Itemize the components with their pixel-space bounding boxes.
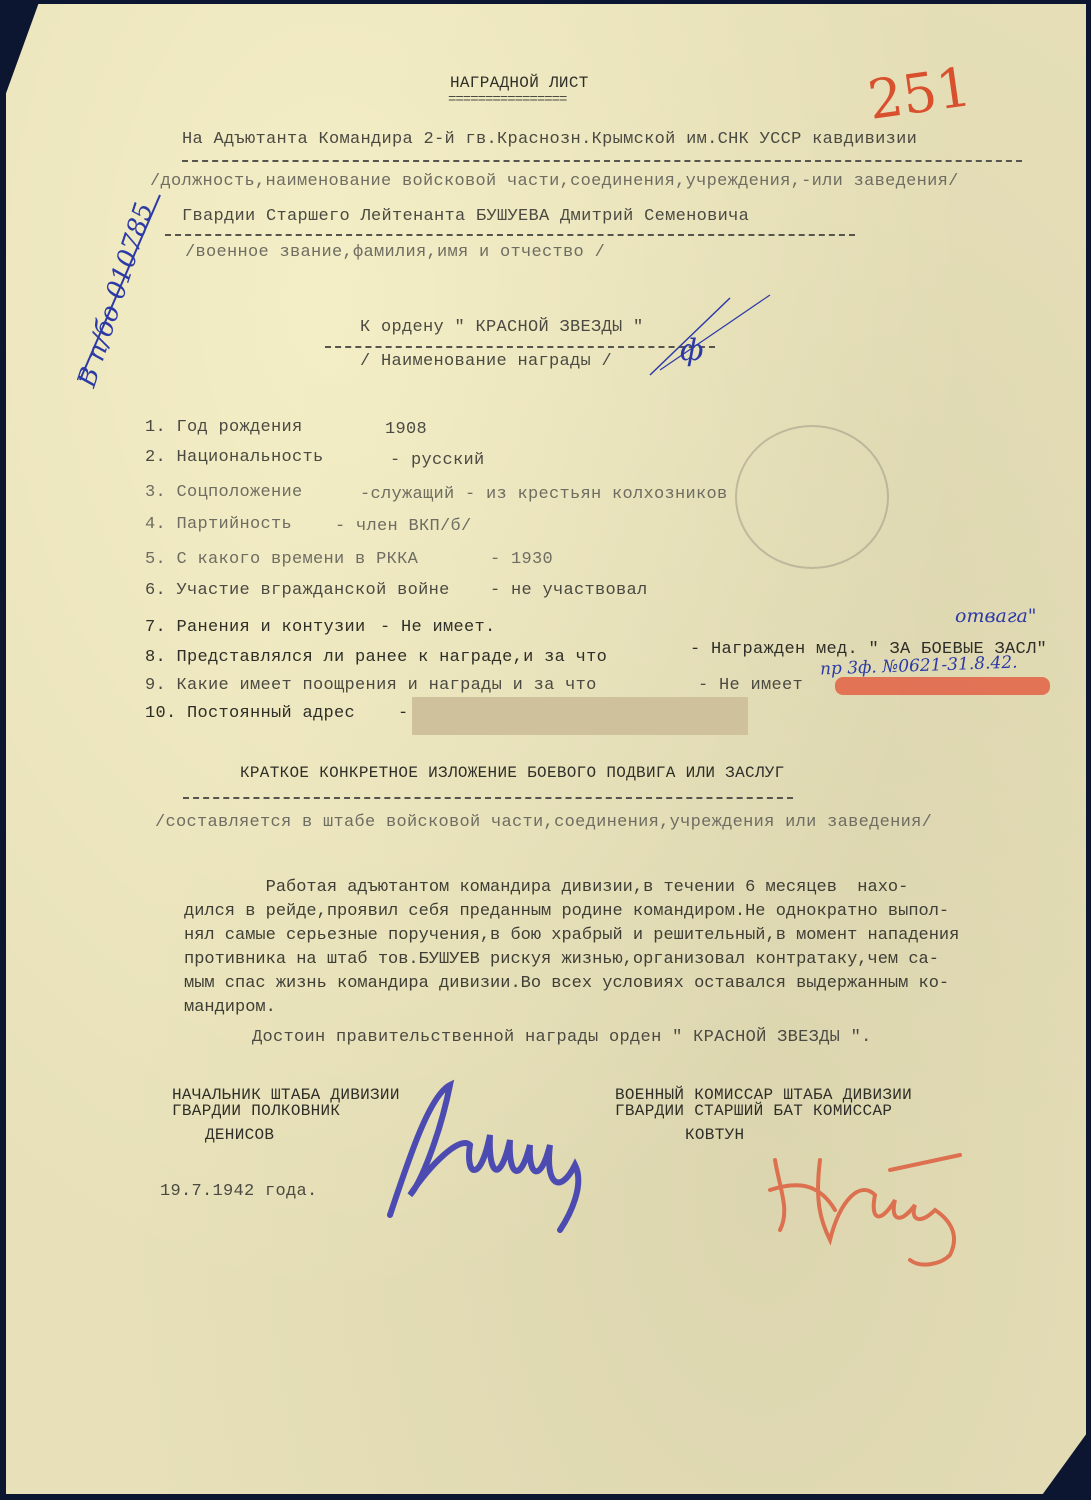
left-signer-rank: ГВАРДИИ ПОЛКОВНИК <box>172 1102 340 1120</box>
section-heading: КРАТКОЕ КОНКРЕТНОЕ ИЗЛОЖЕНИЕ БОЕВОГО ПОД… <box>240 764 785 782</box>
body-line: нял самые серьезные поручения,в бою храб… <box>184 924 1039 948</box>
section-dashline <box>183 797 793 799</box>
body-line: мым спас жизнь командира дивизии.Во всех… <box>184 972 1039 996</box>
award-caption: / Наименование награды / <box>360 352 612 371</box>
title-underline: ================ <box>448 92 566 108</box>
body-line: противника на штаб тов.БУШУЕВ рискуя жиз… <box>184 948 1039 972</box>
field-1: 1. Год рождения <box>145 418 303 437</box>
margin-slash-line <box>70 190 170 390</box>
right-signer-rank: ГВАРДИИ СТАРШИЙ БАТ КОМИССАР <box>615 1102 892 1120</box>
address-redaction <box>412 697 748 735</box>
right-signer-name: КОВТУН <box>685 1126 744 1144</box>
merit-description: Работая адъютантом командира дивизии,в т… <box>184 876 1039 1020</box>
field-7: 7. Ранения и контузии <box>145 618 366 637</box>
field-6-value: - не участвовал <box>490 581 648 600</box>
document-date: 19.7.1942 года. <box>160 1182 318 1201</box>
field-9-value: - Не имеет <box>698 676 803 695</box>
field-9: 9. Какие имеет поощрения и награды и за … <box>145 676 597 695</box>
body-line: мандиром. <box>184 996 1039 1020</box>
position-caption: /должность,наименование войсковой части,… <box>150 172 959 191</box>
name-line: Гвардии Старшего Лейтенанта БУШУЕВА Дмит… <box>182 207 749 226</box>
field-5-value: - 1930 <box>490 550 553 569</box>
conclusion: Достоин правительственной награды орден … <box>252 1028 872 1047</box>
award-line: К ордену " КРАСНОЙ ЗВЕЗДЫ " <box>360 318 644 337</box>
field-2: 2. Национальность <box>145 448 324 467</box>
left-signer-name: ДЕНИСОВ <box>205 1126 274 1144</box>
document-title: НАГРАДНОЙ ЛИСТ <box>450 74 589 92</box>
body-line: дился в рейде,проявил себя преданным род… <box>184 900 1039 924</box>
field-4: 4. Партийность <box>145 515 292 534</box>
field-10: 10. Постоянный адрес <box>145 704 355 723</box>
svg-text:ф: ф <box>680 333 703 368</box>
faded-stamp <box>735 425 889 569</box>
red-pencil-mark <box>835 677 1050 695</box>
annotation-otvaga: отвага" <box>955 605 1037 627</box>
name-dashline <box>165 234 855 236</box>
field-10-value: - <box>398 704 409 723</box>
field-8: 8. Представлялся ли ранее к награде,и за… <box>145 648 607 667</box>
position-line: На Адъютанта Командира 2-й гв.Краснозн.К… <box>182 130 917 149</box>
field-1-value: 1908 <box>385 420 427 439</box>
position-dashline <box>182 160 1022 162</box>
field-2-value: - русский <box>390 451 485 470</box>
left-signature <box>370 1075 610 1235</box>
field-6: 6. Участие вгражданской войне <box>145 581 450 600</box>
section-caption: /составляется в штабе войсковой части,со… <box>155 813 932 832</box>
award-pen-strokes: ф <box>640 290 780 380</box>
field-5: 5. С какого времени в РККА <box>145 550 418 569</box>
body-line: Работая адъютантом командира дивизии,в т… <box>184 876 1039 900</box>
field-3: 3. Соцположение <box>145 483 303 502</box>
field-3-value: -служащий - из крестьян колхозников <box>360 485 728 504</box>
right-signature <box>760 1120 1000 1270</box>
field-4-value: - член ВКП/б/ <box>335 517 472 536</box>
name-caption: /военное звание,фамилия,имя и отчество / <box>185 243 605 262</box>
field-7-value: - Не имеет. <box>380 618 496 637</box>
